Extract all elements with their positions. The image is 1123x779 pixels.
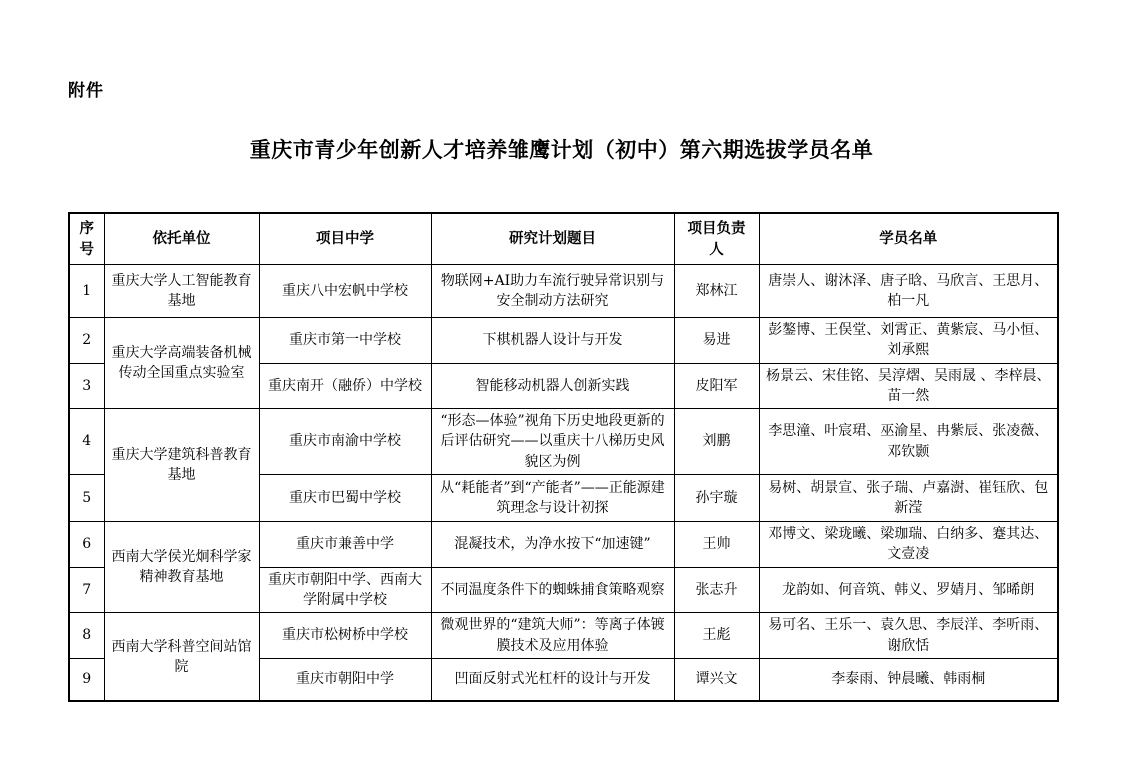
cell-project-leader: 王彪 xyxy=(674,613,759,659)
cell-project-leader: 易进 xyxy=(674,318,759,364)
table-body: 1重庆大学人工智能教育基地重庆八中宏帆中学校物联网+AI助力车流行驶异常识别与安… xyxy=(69,265,1058,702)
cell-project-school: 重庆市朝阳中学、西南大学附属中学校 xyxy=(259,567,431,613)
header-cell-5: 学员名单 xyxy=(759,213,1058,265)
cell-student-names: 李思潼、叶宸珺、巫渝星、冉紫辰、张凌薇、邓钦颢 xyxy=(759,409,1058,475)
cell-student-names: 龙韵如、何音筑、韩义、罗婧月、邹晞朗 xyxy=(759,567,1058,613)
cell-research-topic: 凹面反射式光杠杆的设计与开发 xyxy=(431,658,674,701)
cell-student-names: 邓博文、梁珑曦、梁珈瑞、白纳多、蹇其达、文壹凌 xyxy=(759,522,1058,568)
cell-student-names: 杨景云、宋佳铭、吴淳熠、吴雨晟 、李梓晨、苗一然 xyxy=(759,363,1058,409)
cell-serial-number: 1 xyxy=(69,265,104,318)
cell-student-names: 彭鏊博、王俣堂、刘霄正、黄紫宸、马小恒、刘承熙 xyxy=(759,318,1058,364)
cell-research-topic: “形态—体验”视角下历史地段更新的后评估研究——以重庆十八梯历史风貌区为例 xyxy=(431,409,674,475)
cell-serial-number: 4 xyxy=(69,409,104,475)
cell-project-leader: 郑林江 xyxy=(674,265,759,318)
cell-student-names: 易可名、王乐一、袁久思、李辰洋、李听雨、谢欣恬 xyxy=(759,613,1058,659)
cell-project-leader: 皮阳军 xyxy=(674,363,759,409)
cell-project-school: 重庆市南渝中学校 xyxy=(259,409,431,475)
cell-research-topic: 微观世界的“建筑大师”：等离子体镀膜技术及应用体验 xyxy=(431,613,674,659)
cell-research-topic: 智能移动机器人创新实践 xyxy=(431,363,674,409)
table-row: 4重庆大学建筑科普教育基地重庆市南渝中学校“形态—体验”视角下历史地段更新的后评… xyxy=(69,409,1058,475)
table-row: 2重庆大学高端装备机械传动全国重点实验室重庆市第一中学校下棋机器人设计与开发易进… xyxy=(69,318,1058,364)
cell-project-school: 重庆市第一中学校 xyxy=(259,318,431,364)
header-cell-2: 项目中学 xyxy=(259,213,431,265)
cell-student-names: 唐崇人、谢沐泽、唐子晗、马欣言、王思月、柏一凡 xyxy=(759,265,1058,318)
cell-project-leader: 刘鹏 xyxy=(674,409,759,475)
table-row: 6西南大学侯光炯科学家精神教育基地重庆市兼善中学混凝技术，为净水按下“加速键”王… xyxy=(69,522,1058,568)
table-row: 1重庆大学人工智能教育基地重庆八中宏帆中学校物联网+AI助力车流行驶异常识别与安… xyxy=(69,265,1058,318)
cell-research-topic: 混凝技术，为净水按下“加速键” xyxy=(431,522,674,568)
attachment-label: 附件 xyxy=(68,76,104,101)
header-row: 序号依托单位项目中学研究计划题目项目负责人学员名单 xyxy=(69,213,1058,265)
roster-table: 序号依托单位项目中学研究计划题目项目负责人学员名单 1重庆大学人工智能教育基地重… xyxy=(68,212,1059,702)
cell-project-school: 重庆南开（融侨）中学校 xyxy=(259,363,431,409)
cell-research-topic: 下棋机器人设计与开发 xyxy=(431,318,674,364)
cell-serial-number: 5 xyxy=(69,475,104,522)
cell-serial-number: 7 xyxy=(69,567,104,613)
cell-serial-number: 9 xyxy=(69,658,104,701)
header-cell-3: 研究计划题目 xyxy=(431,213,674,265)
cell-project-leader: 张志升 xyxy=(674,567,759,613)
cell-project-school: 重庆市兼善中学 xyxy=(259,522,431,568)
cell-supporting-unit: 西南大学侯光炯科学家精神教育基地 xyxy=(104,522,259,613)
document-page: 附件 重庆市青少年创新人才培养雏鹰计划（初中）第六期选拔学员名单 序号依托单位项… xyxy=(0,0,1123,779)
cell-serial-number: 8 xyxy=(69,613,104,659)
cell-project-school: 重庆市朝阳中学 xyxy=(259,658,431,701)
cell-project-leader: 孙宇璇 xyxy=(674,475,759,522)
cell-project-school: 重庆八中宏帆中学校 xyxy=(259,265,431,318)
cell-serial-number: 6 xyxy=(69,522,104,568)
cell-project-leader: 谭兴文 xyxy=(674,658,759,701)
cell-student-names: 易树、胡景宣、张子瑞、卢嘉澍、崔钰欣、包新滢 xyxy=(759,475,1058,522)
cell-serial-number: 2 xyxy=(69,318,104,364)
document-title: 重庆市青少年创新人才培养雏鹰计划（初中）第六期选拔学员名单 xyxy=(0,134,1123,164)
cell-serial-number: 3 xyxy=(69,363,104,409)
header-cell-1: 依托单位 xyxy=(104,213,259,265)
table-row: 8西南大学科普空间站馆院重庆市松树桥中学校微观世界的“建筑大师”：等离子体镀膜技… xyxy=(69,613,1058,659)
cell-project-school: 重庆市巴蜀中学校 xyxy=(259,475,431,522)
cell-supporting-unit: 西南大学科普空间站馆院 xyxy=(104,613,259,702)
cell-research-topic: 物联网+AI助力车流行驶异常识别与安全制动方法研究 xyxy=(431,265,674,318)
cell-project-leader: 王帅 xyxy=(674,522,759,568)
cell-research-topic: 不同温度条件下的蜘蛛捕食策略观察 xyxy=(431,567,674,613)
cell-student-names: 李泰雨、钟晨曦、韩雨桐 xyxy=(759,658,1058,701)
cell-supporting-unit: 重庆大学建筑科普教育基地 xyxy=(104,409,259,522)
cell-project-school: 重庆市松树桥中学校 xyxy=(259,613,431,659)
header-cell-4: 项目负责人 xyxy=(674,213,759,265)
header-cell-0: 序号 xyxy=(69,213,104,265)
cell-research-topic: 从“耗能者”到“产能者”——正能源建筑理念与设计初探 xyxy=(431,475,674,522)
cell-supporting-unit: 重庆大学高端装备机械传动全国重点实验室 xyxy=(104,318,259,409)
cell-supporting-unit: 重庆大学人工智能教育基地 xyxy=(104,265,259,318)
